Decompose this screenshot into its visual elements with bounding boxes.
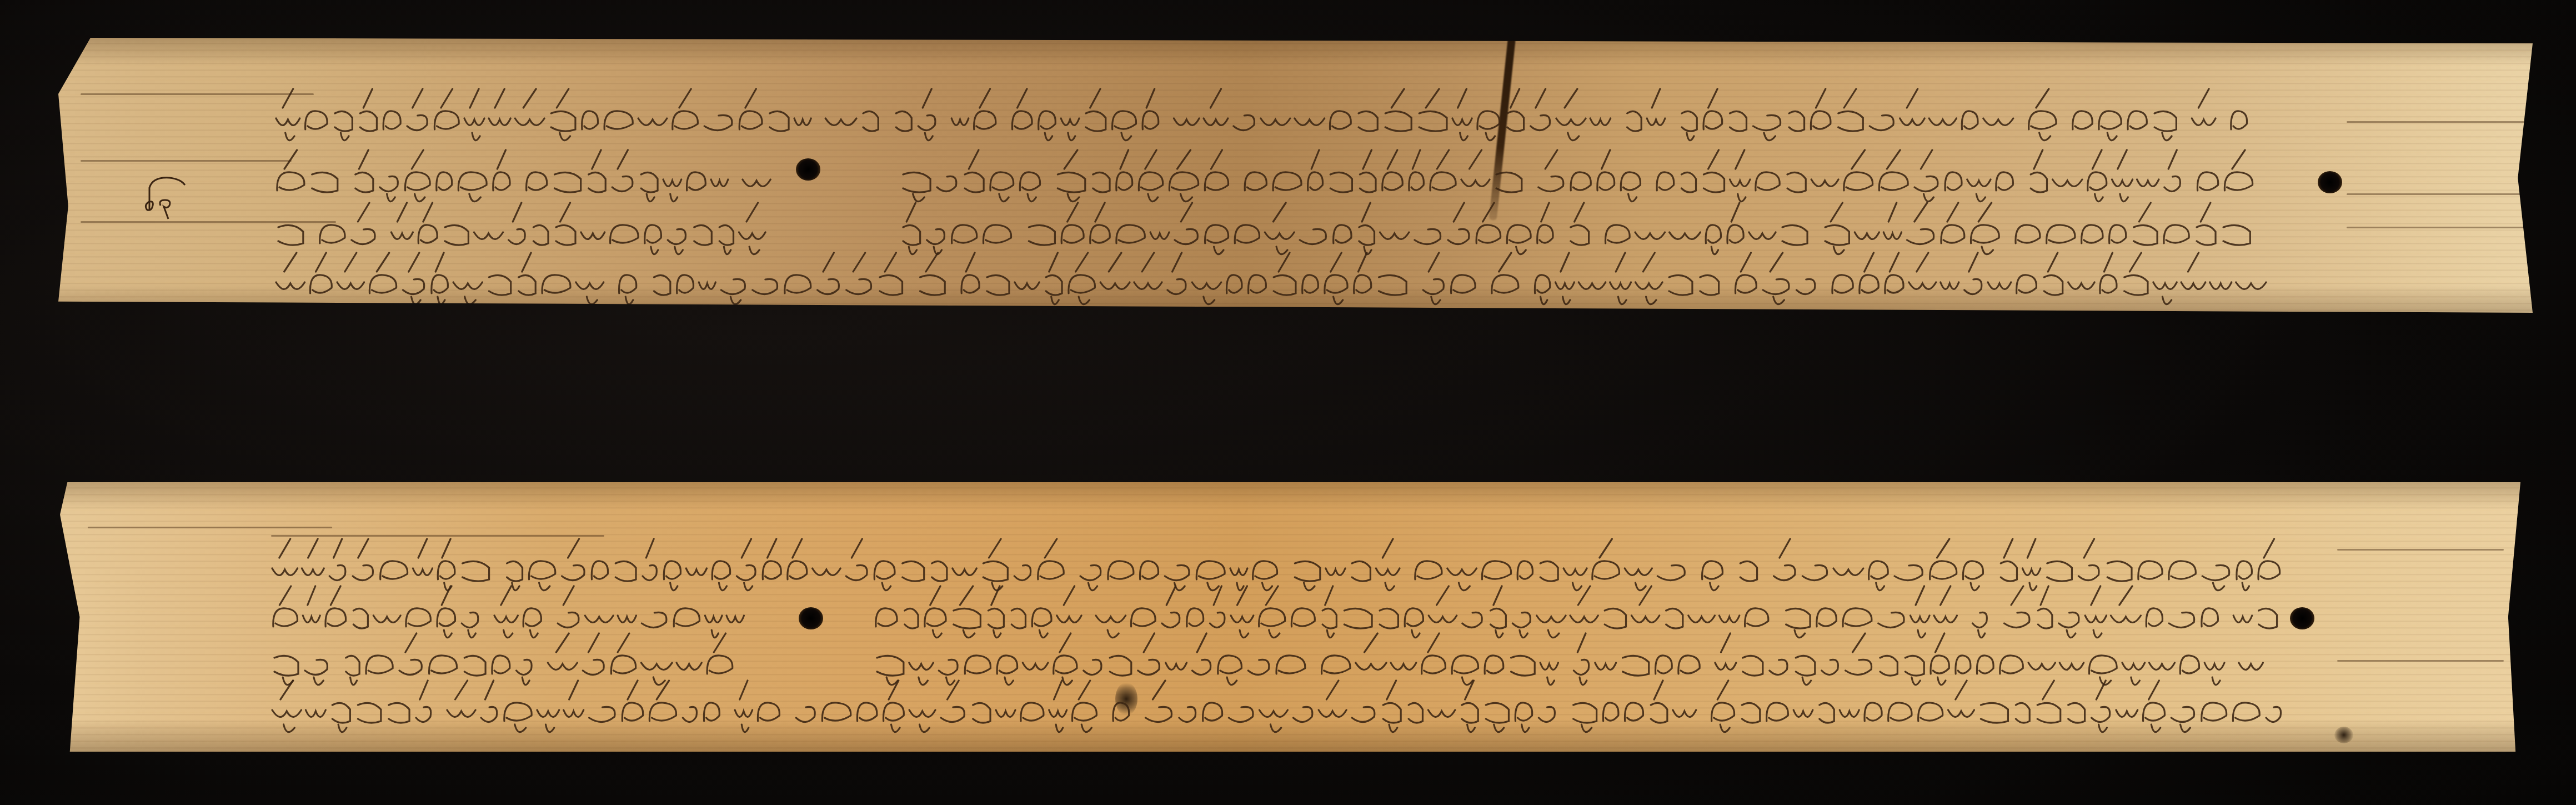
ruling-line bbox=[88, 527, 332, 528]
binding-hole-left bbox=[799, 607, 823, 629]
binding-hole-right bbox=[2290, 607, 2314, 629]
upper-script-line-1 bbox=[275, 91, 2263, 146]
image-subject: Balinese lontar palm-leaf manuscript bbox=[0, 0, 1, 1]
upper-script-line-3-continued bbox=[900, 204, 2263, 260]
ruling-line bbox=[2347, 193, 2524, 195]
ruling-line bbox=[2337, 660, 2504, 662]
upper-script-line-2-continued bbox=[900, 152, 2263, 207]
ruling-line bbox=[2347, 227, 2524, 228]
upper-script-line-2 bbox=[275, 152, 764, 207]
upper-script-line-4 bbox=[275, 254, 2263, 310]
ruling-line bbox=[81, 160, 292, 162]
palm-leaf-lower bbox=[60, 482, 2520, 752]
palm-leaf-upper bbox=[58, 38, 2533, 318]
ruling-line bbox=[2337, 549, 2504, 551]
upper-script-line-3 bbox=[275, 204, 764, 260]
binding-hole-left bbox=[796, 158, 820, 181]
ruling-line bbox=[271, 535, 604, 537]
ruling-line bbox=[2347, 121, 2524, 123]
lower-script-line-4 bbox=[271, 682, 2282, 738]
dark-speckle bbox=[2334, 727, 2353, 743]
binding-hole-right bbox=[2318, 171, 2342, 193]
leaf-number-marking bbox=[142, 166, 186, 221]
